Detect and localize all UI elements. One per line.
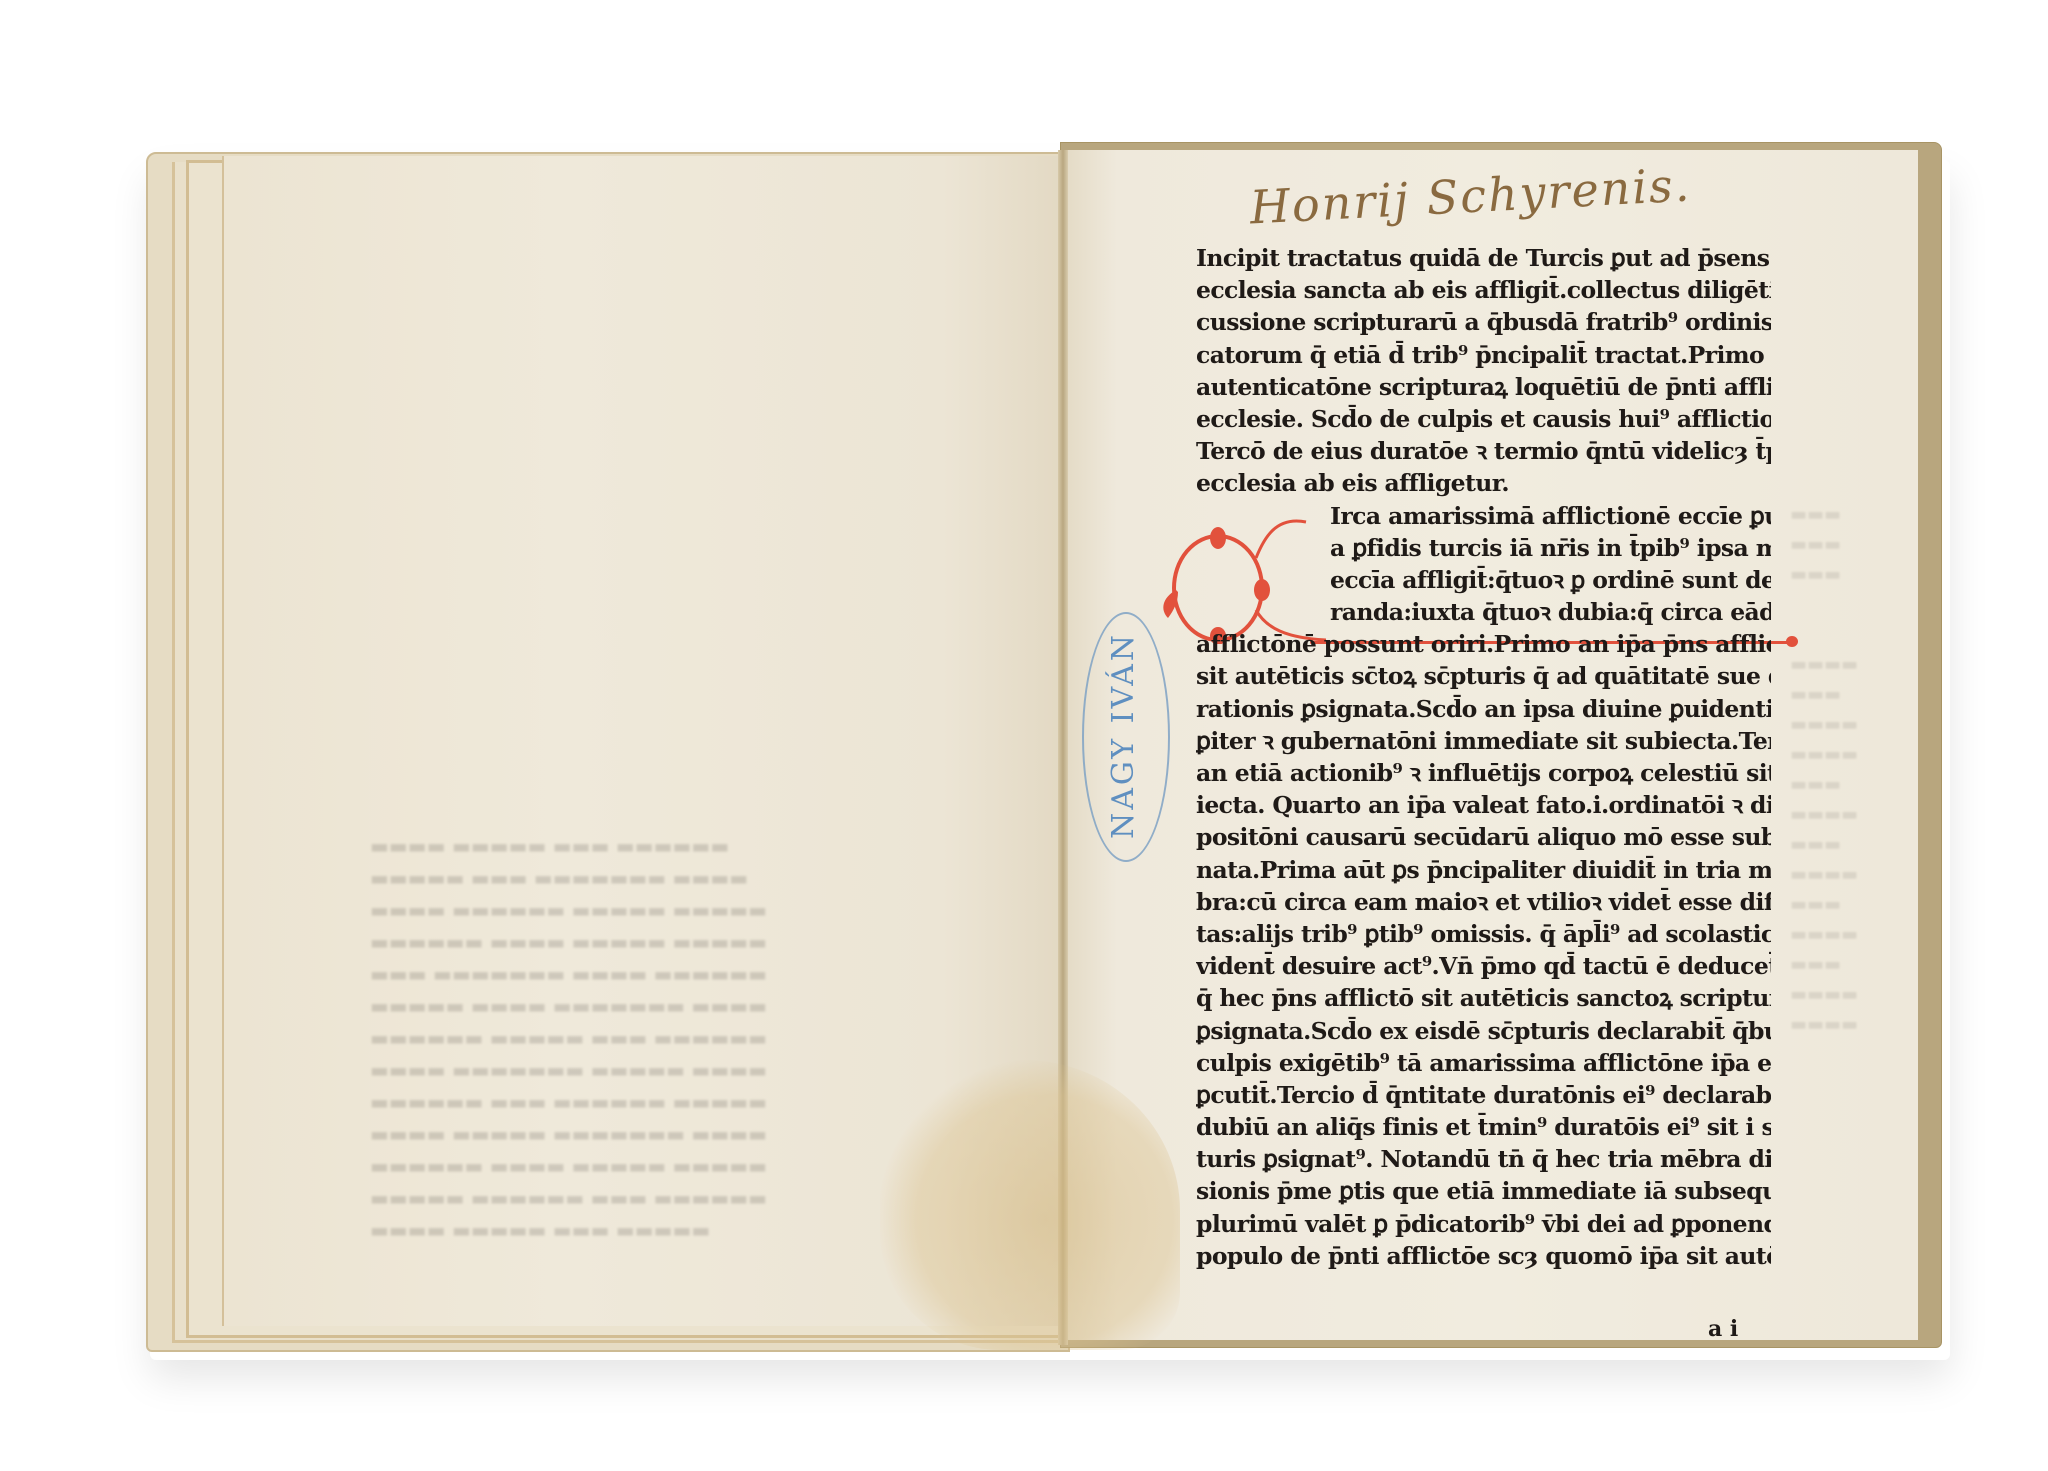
text-line: rationis ꝑsignata.Scd̄o an ipsa diuine ꝑ… <box>1196 693 1771 725</box>
text-line: ecclesia ab eis affligetur. <box>1196 467 1771 499</box>
text-line: ecclesia sancta ab eis affligit̄.collect… <box>1196 274 1771 306</box>
initial-text-line: a ꝑfidis turcis iā nr̄is in t̄pib⁹ ipsa … <box>1196 532 1771 564</box>
ownership-stamp: NAGY IVÁN <box>1082 612 1166 858</box>
text-line: bra:cū circa eam maioꝛ et vtilioꝛ videt̄… <box>1196 886 1771 918</box>
text-line: ꝑsignata.Scd̄o ex eisdē sc̄pturis declar… <box>1196 1015 1771 1047</box>
text-line: iecta. Quarto an ip̄a valeat fato.i.ordi… <box>1196 789 1771 821</box>
text-line: nata.Prima aūt ꝑs p̄ncipaliter diuidit̄ … <box>1196 854 1771 886</box>
text-line: Incipit tractatus quidā de Turcis ꝑut ad… <box>1196 242 1771 274</box>
text-line: vident̄ desuire act⁹.Vn̄ p̄mo qd̄ tactū … <box>1196 950 1771 982</box>
text-line: ecclesie. Scd̄o de culpis et causis hui⁹… <box>1196 403 1771 435</box>
text-line: an etiā actionib⁹ ꝛ influētijs corpoꝝ ce… <box>1196 757 1771 789</box>
text-line: culpis exigētib⁹ tā amarissima afflictōn… <box>1196 1047 1771 1079</box>
initial-text-line: Irca amarissimā afflictionē eccīe ꝑut <box>1196 500 1771 532</box>
text-line: dubiū an aliq̄s finis et t̄min⁹ duratōis… <box>1196 1111 1771 1143</box>
text-line: catorum q̄ etiā d̄ trib⁹ p̄ncipalit̄ tra… <box>1196 339 1771 371</box>
text-line: ꝑiter ꝛ gubernatōni immediate sit subiec… <box>1196 725 1771 757</box>
text-line: cussione scripturarū a q̄busdā fratrib⁹ … <box>1196 306 1771 338</box>
stamp-text: NAGY IVÁN <box>1107 631 1142 838</box>
text-line: sionis p̄me ꝑtis que etiā immediate iā s… <box>1196 1175 1771 1207</box>
text-line: plurimū valēt ꝑ p̄dicatorib⁹ v̄bi dei ad… <box>1196 1208 1771 1240</box>
text-line: sit autēticis sc̄toꝝ sc̄pturis q̄ ad quā… <box>1196 660 1771 692</box>
text-line: populo de p̄nti afflictōe scȝ quomō ip̄a… <box>1196 1240 1771 1272</box>
text-line: turis ꝑsignat⁹. Notandū tn̄ q̄ hec tria … <box>1196 1143 1771 1175</box>
right-margin-show-through: ▬▬▬ ▬▬▬ ▬▬▬ ▬▬▬▬ ▬▬▬ ▬▬▬▬ ▬▬▬▬ ▬▬▬ ▬▬▬▬ … <box>1790 500 1910 1140</box>
text-line: positōni causarū secūdarū aliquo mō esse… <box>1196 821 1771 853</box>
text-line: Tercō de eius duratōe ꝛ termio q̄ntū vid… <box>1196 435 1771 467</box>
book-photograph: ▬▬▬▬ ▬▬▬▬▬ ▬▬▬ ▬▬▬▬▬▬ ▬▬▬▬▬ ▬▬▬ ▬▬▬▬▬▬▬ … <box>0 0 2048 1471</box>
printed-text-block: Incipit tractatus quidā de Turcis ꝑut ad… <box>1196 242 1771 1272</box>
text-line: q̄ hec p̄ns afflictō sit autēticis sanct… <box>1196 982 1771 1014</box>
text-line: ꝑcutit̄.Tercio d̄ q̄ntitate duratōnis ei… <box>1196 1079 1771 1111</box>
text-line: tas:alijs trib⁹ ꝑtib⁹ omissis. q̄ āpl̄i⁹… <box>1196 918 1771 950</box>
red-rubric-terminal <box>1786 636 1798 647</box>
left-page-show-through-text: ▬▬▬▬ ▬▬▬▬▬ ▬▬▬ ▬▬▬▬▬▬ ▬▬▬▬▬ ▬▬▬ ▬▬▬▬▬▬▬ … <box>370 830 930 1300</box>
initial-text-line: randa:iuxta q̄tuoꝛ dubia:q̄ circa eādē <box>1196 596 1771 628</box>
text-line: afflictōnē possunt oriri.Primo an ip̄a p… <box>1196 628 1771 660</box>
initial-text-line: eccīa affligit̄:q̄tuoꝛ ꝑ ordinē sunt dec… <box>1196 564 1771 596</box>
signature-mark: a i <box>1708 1316 1738 1342</box>
text-line: autenticatōne scripturaꝝ loquētiū de p̄n… <box>1196 371 1771 403</box>
